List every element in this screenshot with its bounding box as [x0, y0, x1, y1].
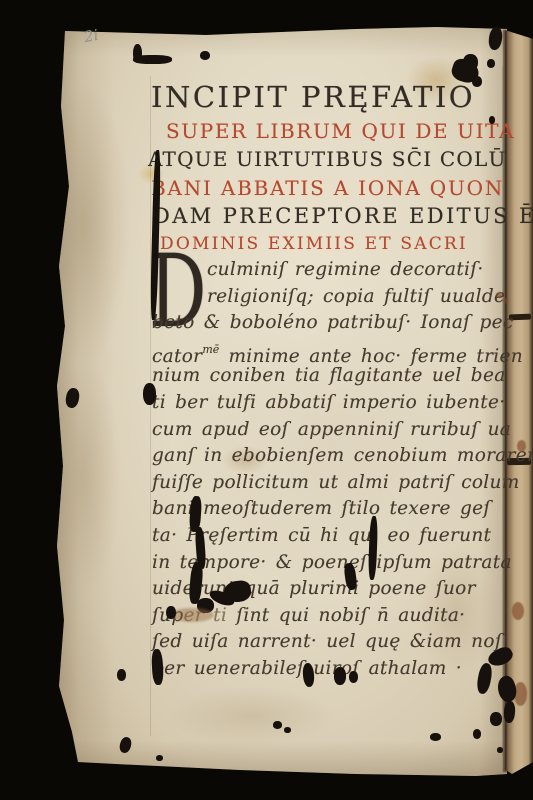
ink-blot [473, 729, 481, 739]
ink-blot [489, 116, 495, 124]
ink-blot [490, 712, 502, 726]
heading-line-3: ATQUE UIRTUTIBUS SC̄I COLŪ [148, 147, 507, 171]
heading-line-2: SUPER LIBRUM QUI DE UITA [166, 119, 515, 143]
body-line: ti ber tulfi abbatiſ imperio iubente· [152, 390, 512, 417]
ink-blot [117, 669, 126, 681]
body-line: in tempore· & poeneſ ipſum patrata [152, 550, 512, 577]
body-line: ſed uiſa narrent· uel quę &iam noſ [152, 629, 512, 656]
ink-blot [349, 671, 358, 683]
ink-blot [487, 59, 495, 68]
body-line: bani meoſtuderem ſtilo texere geſ [152, 496, 512, 523]
ink-blot [273, 721, 282, 729]
manuscript-photo: 2i INCIPIT PRĘFATIO SUPER LIBRUM QUI DE … [0, 0, 533, 800]
body-line-text: ſint qui nobiſ n̄ audita· [227, 605, 465, 626]
superscript-correction: mē [202, 343, 219, 356]
ink-blot [143, 383, 156, 405]
rust-stain [512, 602, 524, 620]
ink-blot [472, 76, 482, 87]
body-line: beto & boboléno patribuſ· Ionaſ pec [152, 310, 512, 337]
folio-number: 2i [83, 26, 100, 46]
erasure-smudge [170, 608, 214, 622]
body-line: per uenerabileſ uiroſ athalam · [152, 656, 512, 683]
body-line: ganſ in ebobienſem cenobium morarer [152, 443, 512, 470]
ink-blot [200, 51, 210, 60]
body-line: catormē minime ante hoc· ferme trien [152, 337, 512, 364]
body-line: culminiſ regimine decoratiſ· [152, 257, 512, 284]
body-line: nium coniben tia flagitante uel bea [152, 363, 512, 390]
body-line: religioniſq; copia fultiſ uualde [152, 284, 512, 311]
body-line: ta· Pręſertim cū hi qui eo fuerunt [152, 523, 512, 550]
ink-blot [156, 755, 163, 761]
heading-line-4: BANI ABBATIS A IONA QUON [151, 176, 504, 200]
heading-line-5: DAM PRECEPTORE EDITUS Ē [153, 204, 533, 228]
ink-blot [463, 54, 478, 71]
ink-blot [334, 667, 346, 685]
rust-stain [496, 292, 502, 298]
ink-blot [284, 727, 291, 733]
ink-blot [166, 606, 176, 619]
body-line: fuiſſe pollicitum ut almi patriſ colum [152, 470, 512, 497]
ink-blot [430, 733, 441, 741]
body-line: cum apud eoſ appenniniſ ruribuſ ua [152, 417, 512, 444]
ink-blot [497, 747, 503, 753]
rust-stain [503, 298, 508, 303]
ink-blot [133, 55, 172, 64]
heading-line-1: INCIPIT PRĘFATIO [151, 80, 475, 114]
